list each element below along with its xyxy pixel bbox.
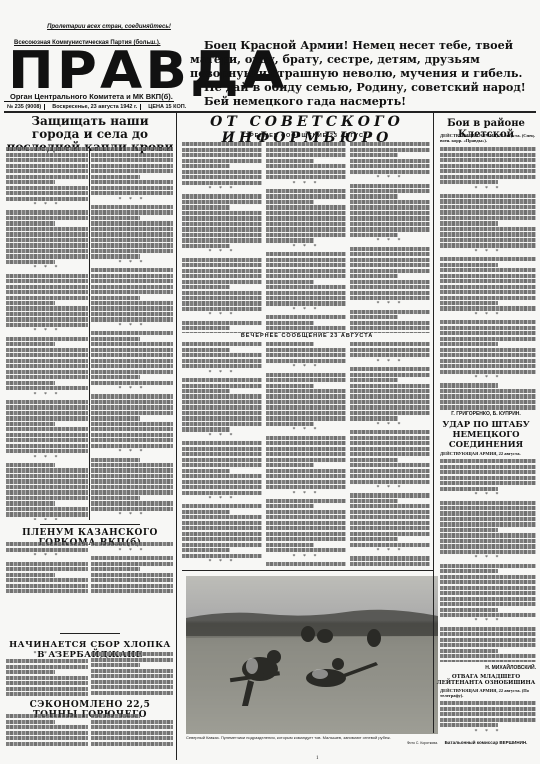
text-line [350, 480, 430, 484]
text-line [266, 189, 346, 193]
text-line [440, 268, 536, 272]
text-line [91, 232, 173, 236]
text-line [266, 405, 346, 409]
slogan-paragraph-2: Не дай в обиду семью, Родину, советский … [190, 80, 535, 94]
text-line [350, 211, 430, 215]
text-line [350, 205, 430, 209]
text-line [440, 459, 536, 463]
kazan-plenum-column-2: * * * [91, 541, 173, 593]
text-line [350, 194, 398, 198]
text-line [266, 469, 346, 473]
text-line [350, 148, 430, 152]
section-rule [60, 633, 120, 634]
text-line [350, 400, 430, 404]
text-line [440, 370, 536, 374]
text-line [350, 521, 430, 525]
text-line [350, 233, 398, 237]
text-line [6, 337, 88, 341]
text-line [266, 274, 346, 278]
text-line [6, 153, 88, 157]
text-line [91, 400, 173, 404]
text-line [350, 310, 430, 314]
text-line [6, 400, 88, 404]
page-number: 1 [316, 756, 319, 761]
text-line [440, 227, 536, 231]
hq-strike-article-text: * * ** * ** * * [440, 458, 536, 662]
text-line [6, 725, 88, 729]
text-line [91, 394, 173, 398]
text-line [182, 274, 262, 278]
text-line [182, 378, 262, 382]
text-line [440, 487, 498, 491]
text-line [91, 169, 173, 173]
text-line [182, 458, 262, 462]
text-line [91, 337, 140, 341]
text-line [350, 216, 430, 220]
text-line [6, 323, 88, 327]
text-line: * * * [440, 249, 536, 256]
text-line: * * * [350, 485, 430, 492]
text-line [91, 317, 173, 321]
text-line: * * * [6, 553, 88, 560]
text-line [350, 447, 430, 451]
text-line [440, 210, 536, 214]
text-line [440, 707, 536, 711]
text-line [182, 521, 262, 525]
text-line [440, 506, 536, 510]
text-line [6, 433, 88, 437]
text-line [182, 348, 230, 352]
text-line [6, 589, 88, 593]
text-line [350, 222, 430, 226]
section-rule [40, 524, 140, 525]
text-line [91, 274, 173, 278]
text-line [182, 321, 262, 325]
text-line [6, 260, 55, 264]
text-line [6, 243, 88, 247]
text-line [266, 452, 346, 456]
text-line [182, 170, 262, 174]
column-divider [176, 113, 177, 760]
photo-top-rule [182, 570, 434, 571]
text-line [182, 216, 262, 220]
text-line [91, 567, 140, 571]
text-line [182, 548, 230, 552]
text-line [6, 507, 88, 511]
text-line [266, 548, 346, 552]
text-line [91, 742, 173, 746]
text-line [91, 221, 173, 225]
text-line [182, 353, 262, 357]
text-line [91, 147, 173, 151]
text-line [350, 321, 430, 325]
text-line [6, 438, 88, 442]
text-line [6, 490, 88, 494]
text-line [6, 479, 88, 483]
morning-report-subtitle: УТРЕННЕЕ СООБЩЕНИЕ 23 АВГУСТА [182, 133, 432, 139]
text-line [182, 307, 262, 311]
text-line [182, 291, 262, 295]
text-line [266, 422, 314, 426]
text-line: * * * [6, 265, 88, 272]
text-line: * * * [6, 518, 88, 520]
masthead-organ: Орган Центрального Комитета и МК ВКП(б). [10, 92, 180, 101]
text-line [91, 485, 173, 489]
column-divider [89, 146, 90, 520]
text-line [350, 389, 430, 393]
text-line [266, 269, 346, 273]
text-line [350, 562, 430, 566]
text-line [6, 573, 55, 577]
text-line [6, 422, 55, 426]
text-line: * * * [91, 512, 173, 519]
text-line [266, 353, 346, 357]
text-line [350, 348, 430, 352]
text-line [440, 221, 498, 225]
text-line: * * * [266, 244, 346, 251]
text-line [350, 252, 430, 256]
text-line [91, 507, 173, 511]
text-line [440, 470, 536, 474]
text-line [350, 326, 430, 330]
text-line [440, 522, 536, 526]
text-line [440, 660, 536, 662]
text-line [266, 416, 346, 420]
text-line [266, 562, 346, 566]
text-line [182, 142, 262, 146]
text-line [266, 510, 346, 514]
text-line [350, 469, 430, 473]
text-line [266, 200, 314, 204]
text-line [91, 578, 173, 582]
text-line [440, 638, 536, 642]
text-line [91, 720, 173, 724]
text-line [6, 665, 88, 669]
text-line [182, 200, 262, 204]
text-line [440, 383, 498, 387]
text-line [266, 373, 346, 377]
text-line [350, 532, 430, 536]
text-line [182, 485, 262, 489]
text-line [266, 342, 314, 346]
text-line [440, 723, 498, 727]
text-line [6, 210, 88, 214]
text-line [6, 164, 88, 168]
text-line [6, 312, 88, 316]
text-line [182, 515, 262, 519]
text-line [440, 274, 536, 278]
slogan-paragraph-1: Боец Красной Армии! Немец несет тебе, тв… [190, 38, 535, 80]
text-line [6, 742, 88, 746]
oznobishin-headline: ОТВАГА МЛАДШЕГО ЛЕЙТЕНАНТА ОЗНОБИШИНА [436, 674, 536, 686]
text-line [182, 394, 262, 398]
text-line [266, 359, 346, 363]
text-line [6, 512, 88, 516]
text-line [182, 258, 262, 262]
text-line [182, 194, 262, 198]
text-line [440, 238, 536, 242]
text-line [182, 326, 230, 330]
text-line [6, 375, 88, 379]
text-line [91, 153, 173, 157]
issue-number: № 235 (9008) [4, 104, 45, 110]
text-line [91, 422, 173, 426]
text-line [440, 400, 536, 404]
text-line: * * * [266, 427, 346, 434]
text-line [91, 158, 173, 162]
masthead-rule [4, 111, 536, 113]
text-line [266, 321, 314, 325]
text-line [6, 232, 88, 236]
cotton-harvest-column-1: * * * [6, 651, 88, 697]
text-line [182, 543, 262, 547]
text-line [6, 736, 88, 740]
text-line [350, 200, 430, 204]
text-line [91, 370, 173, 374]
text-line [6, 405, 88, 409]
text-line [350, 274, 398, 278]
text-line [350, 296, 430, 300]
text-line [266, 458, 346, 462]
text-line [6, 353, 88, 357]
text-line: * * * [440, 492, 536, 499]
text-line [350, 515, 430, 519]
text-line [350, 436, 430, 440]
text-line [440, 306, 536, 310]
text-line [440, 575, 536, 579]
text-line: * * * [91, 386, 173, 393]
text-line [6, 191, 88, 195]
text-line [266, 164, 346, 168]
text-line [182, 269, 262, 273]
text-line [91, 290, 173, 294]
text-line [6, 364, 88, 368]
text-line [266, 348, 346, 352]
text-line [266, 280, 314, 284]
text-line [6, 659, 88, 663]
text-line: * * * [440, 729, 536, 736]
text-line [266, 499, 346, 503]
text-line [91, 663, 140, 667]
text-line: * * * [6, 455, 88, 462]
text-line [350, 416, 398, 420]
evening-report-column-1: * * ** * ** * ** * * [182, 341, 262, 567]
text-line [440, 296, 536, 300]
text-line [182, 364, 262, 368]
text-line [350, 384, 430, 388]
text-line [440, 501, 536, 505]
oznobishin-article-text: * * * [440, 700, 536, 736]
issue-date: Воскресенье, 23 августа 1942 г. [49, 104, 141, 110]
text-line [350, 353, 430, 357]
text-line [6, 496, 88, 500]
text-line [350, 189, 430, 193]
text-line [440, 608, 498, 612]
text-line [440, 263, 498, 267]
text-line [91, 405, 173, 409]
text-line [91, 180, 173, 184]
text-line [350, 543, 430, 547]
text-line [182, 554, 262, 558]
text-line [266, 175, 346, 179]
text-line [6, 274, 88, 278]
text-line [350, 142, 430, 146]
text-line [350, 373, 430, 377]
text-line: * * * [266, 307, 346, 314]
text-line [182, 416, 262, 420]
text-line [266, 159, 314, 163]
text-line [182, 296, 262, 300]
text-line [266, 326, 346, 330]
text-line [266, 411, 346, 415]
text-line [6, 227, 88, 231]
text-line [182, 359, 262, 363]
text-line [182, 285, 230, 289]
text-line [91, 680, 173, 684]
text-line [266, 543, 314, 547]
text-line [440, 348, 536, 352]
text-line [6, 681, 88, 685]
text-line [6, 221, 55, 225]
text-line: * * * [440, 618, 536, 625]
text-line [91, 359, 173, 363]
text-line [6, 501, 55, 505]
text-line [350, 153, 398, 157]
text-line [266, 205, 346, 209]
text-line [6, 254, 88, 258]
text-line [6, 169, 88, 173]
text-line [440, 243, 536, 247]
text-line: * * * [266, 181, 346, 188]
text-line [440, 285, 536, 289]
text-line [91, 227, 173, 231]
morning-report-column-1: * * ** * ** * * [182, 141, 262, 333]
text-line [6, 158, 88, 162]
text-line [266, 515, 346, 519]
text-line [350, 493, 430, 497]
text-line [266, 394, 346, 398]
text-line [6, 584, 88, 588]
text-line: * * * [440, 312, 536, 319]
text-line [350, 280, 430, 284]
text-line [182, 441, 262, 445]
text-line [350, 411, 430, 415]
text-line [350, 170, 430, 174]
kletskaya-signature: Г. ГРИГОРЕНКО, Б. КУПРИН. [436, 411, 536, 417]
text-line [350, 537, 398, 541]
text-line [440, 194, 536, 198]
text-line: * * * [182, 559, 262, 566]
text-line [91, 584, 173, 588]
text-line [350, 463, 430, 467]
text-line [350, 394, 430, 398]
text-line [91, 669, 173, 673]
text-line [6, 474, 88, 478]
text-line [91, 573, 173, 577]
text-line [266, 315, 346, 319]
text-line: * * * [350, 238, 430, 245]
text-line [266, 148, 346, 152]
text-line: * * * [440, 375, 536, 382]
text-line [266, 436, 346, 440]
text-line [266, 227, 346, 231]
text-line [91, 254, 140, 258]
text-line [440, 539, 536, 543]
text-line [182, 227, 262, 231]
text-line [182, 233, 262, 237]
evening-report-column-3: * * ** * ** * ** * * [350, 341, 430, 567]
text-line: * * * [182, 249, 262, 256]
text-line [6, 411, 88, 415]
text-line [91, 238, 173, 242]
text-line [266, 285, 346, 289]
text-line [182, 238, 262, 242]
text-line [91, 736, 173, 740]
text-line [266, 532, 346, 536]
text-line [350, 367, 430, 371]
text-line [182, 244, 230, 248]
text-line [6, 301, 55, 305]
text-line [266, 521, 346, 525]
text-line [182, 153, 262, 157]
text-line: * * * [350, 359, 430, 366]
text-line [91, 175, 140, 179]
text-line [440, 586, 536, 590]
text-line [440, 232, 536, 236]
text-line [6, 692, 88, 696]
text-line [440, 544, 536, 548]
text-line [6, 687, 88, 691]
text-line [91, 479, 173, 483]
newspaper-page: Пролетарии всех стран, соединяйтесь! Все… [0, 0, 540, 764]
text-line [440, 205, 536, 209]
text-line [91, 375, 140, 379]
text-line [91, 589, 173, 593]
text-line [440, 326, 536, 330]
text-line [440, 147, 536, 151]
text-line [91, 164, 173, 168]
text-line [6, 348, 88, 352]
text-line [91, 331, 173, 335]
text-line [182, 452, 262, 456]
hq-strike-dateline: ДЕЙСТВУЮЩАЯ АРМИЯ, 22 августа. [440, 451, 536, 456]
text-line [6, 279, 88, 283]
text-line [350, 258, 430, 262]
text-line [182, 510, 230, 514]
text-line [182, 469, 230, 473]
text-line [182, 400, 262, 404]
text-line [91, 463, 173, 467]
text-line [350, 405, 430, 409]
text-line [350, 474, 430, 478]
front-slogan: Боец Красной Армии! Немец несет тебе, тв… [190, 38, 535, 108]
text-line [6, 578, 88, 582]
text-line [91, 342, 173, 346]
fuel-saving-column-1 [6, 713, 88, 747]
text-line [440, 481, 536, 485]
text-line [440, 158, 536, 162]
text-line [350, 315, 398, 319]
text-line [440, 602, 536, 606]
text-line [440, 643, 536, 647]
text-line [182, 175, 262, 179]
text-line [440, 301, 498, 305]
text-line [350, 269, 430, 273]
text-line [440, 199, 536, 203]
fuel-saving-column-2 [91, 713, 173, 747]
text-line [91, 296, 140, 300]
column-divider [433, 113, 434, 733]
